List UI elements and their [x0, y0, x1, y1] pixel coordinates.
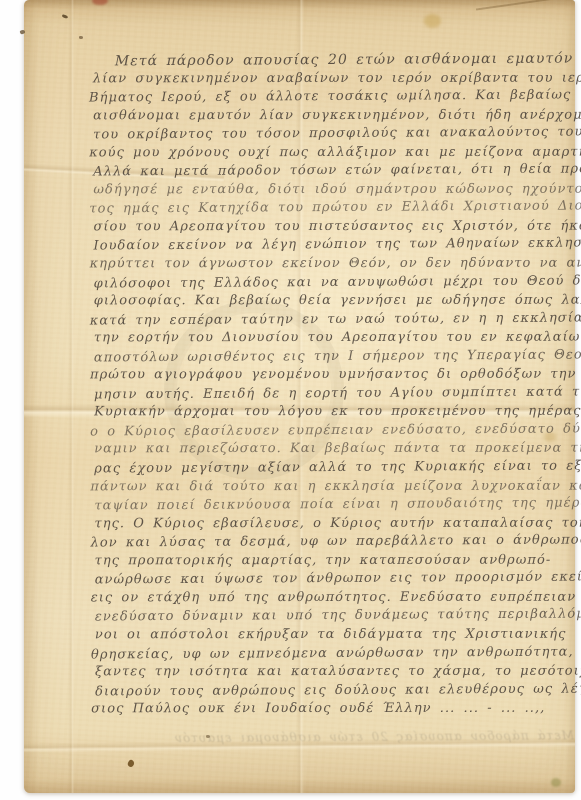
ink-speck: [206, 735, 210, 738]
stain-yellow-top-right: [424, 14, 441, 28]
manuscript-line: μησιν αυτής. Επειδή δε η εορτή του Αγίου…: [94, 383, 580, 405]
manuscript-line: του οκρίβαντος του τόσον προσφιλούς και …: [93, 124, 579, 146]
manuscript-line: της. Ο Κύριος εβασίλευσε, ο Κύριος αυτήν…: [94, 514, 580, 533]
manuscript-line: ξαντες την ισότητα και καταλύσαντες το χ…: [95, 663, 581, 682]
manuscript-line: Αλλά και μετά πάροδον τόσων ετών φαίνετα…: [93, 161, 579, 183]
manuscript-line: ο ο Κύριος εβασίλευσεν ευπρέπειαν ενεδύσ…: [90, 420, 580, 442]
ink-speck: [127, 759, 136, 768]
ink-speck: [62, 14, 69, 19]
manuscript-line: ναμιν και περιεζώσατο. Και βεβαίως πάντα…: [94, 440, 580, 459]
manuscript-line: ωδήγησέ με ενταύθα, διότι ιδού σημάντρου…: [93, 180, 579, 199]
manuscript-line: την εορτήν του Διονυσίου του Αρεοπαγίτου…: [94, 329, 580, 348]
manuscript-line: ενεδύσατο δύναμιν και υπό της δυνάμεως τ…: [95, 606, 581, 628]
manuscript-line: ανώρθωσε και ύψωσε τον άνθρωπον εις τον …: [95, 569, 581, 591]
manuscript-line: Μετά πάροδον απουσίας 20 ετών αισθάνομαι…: [93, 50, 579, 72]
fold-crease-vertical-left: [68, 0, 74, 793]
paper-sheet: Μετά πάροδον απουσίας 20 ετών αισθάνομαι…: [24, 0, 575, 793]
stain-olive-bottom-right: [551, 778, 561, 787]
manuscript-line: σίου του Αρεοπαγίτου του πιστεύσαντος ει…: [93, 218, 579, 237]
bleedthrough-text: Μετά πάροδον απουσίας 20 ετών αισθάνομαι…: [104, 728, 574, 745]
fold-crease-horizontal-bottom: [24, 737, 575, 753]
manuscript-line: φιλοσοφίας. Και βεβαίως θεία γεννήσει με…: [94, 292, 580, 311]
manuscript-line: ταψίαν ποιεί δεικνύουσα ποία είναι η σπο…: [94, 495, 580, 517]
manuscript-line: κατά την εσπέραν ταύτην εν τω ναώ τούτω,…: [90, 309, 580, 331]
manuscript-line: τος ημάς εις Κατηχίδα του πρώτου εν Ελλά…: [89, 198, 579, 220]
stain-red-top-left: [92, 0, 108, 5]
manuscript-line: Ιουδαίον εκείνον να λέγη ενώπιον της των…: [93, 235, 579, 257]
manuscript-line: κηρύττει τον άγνωστον εκείνον Θεόν, ον δ…: [90, 255, 580, 274]
manuscript-line: εις ον ετάχθη υπό της ανθρωπότητος. Ενεδ…: [91, 589, 581, 608]
manuscript-line: κούς μου χρόνους ουχί πως αλλάξιμον και …: [89, 143, 579, 162]
manuscript-line: λον και λύσας τα δεσμά, υφ ων παρεβάλλετ…: [90, 532, 580, 554]
manuscript-line: φιλόσοφοι της Ελλάδος και να ανυψωθώσι μ…: [94, 272, 580, 294]
manuscript-line: αποστόλων ωρισθέντος εις την Ι σήμερον τ…: [94, 346, 580, 368]
manuscript-line: Βήματος Ιερού, εξ ου άλλοτε τοσάκις ωμίλ…: [89, 87, 579, 109]
manuscript-line: διαιρούν τους ανθρώπους εις δούλους και …: [95, 680, 581, 702]
manuscript-line: πρώτου αγιογράφου γενομένου υμνήσαντος δ…: [90, 366, 580, 385]
manuscript-line: της προπατορικής αμαρτίας, την καταπεσού…: [95, 551, 581, 570]
manuscript-line: λίαν συγκεκινημένον αναβαίνων τον ιερόν …: [93, 69, 579, 88]
manuscript-line: αισθάνομαι εμαυτόν λίαν συγκεκινημένον, …: [93, 106, 579, 125]
manuscript-line: Κυριακήν άρχομαι του λόγου εκ του προκει…: [94, 403, 580, 422]
manuscript-lines: Μετά πάροδον απουσίας 20 ετών αισθάνομαι…: [93, 50, 581, 719]
manuscript-line: νοι οι απόστολοι εκήρυξαν τα διδάγματα τ…: [95, 626, 581, 645]
manuscript-line: ρας έχουν μεγίστην αξίαν αλλά το της Κυρ…: [94, 458, 580, 480]
manuscript-line: σιος Παύλος ουκ ένι Ιουδαίος ουδέ Έλλην …: [91, 700, 581, 719]
manuscript-line: πάντων και διά τούτο και η εκκλησία μείζ…: [90, 477, 580, 496]
manuscript-line: θρησκείας, υφ ων εμπνεόμενα ανώρθωσαν τη…: [91, 643, 581, 665]
ink-speck: [79, 36, 83, 39]
